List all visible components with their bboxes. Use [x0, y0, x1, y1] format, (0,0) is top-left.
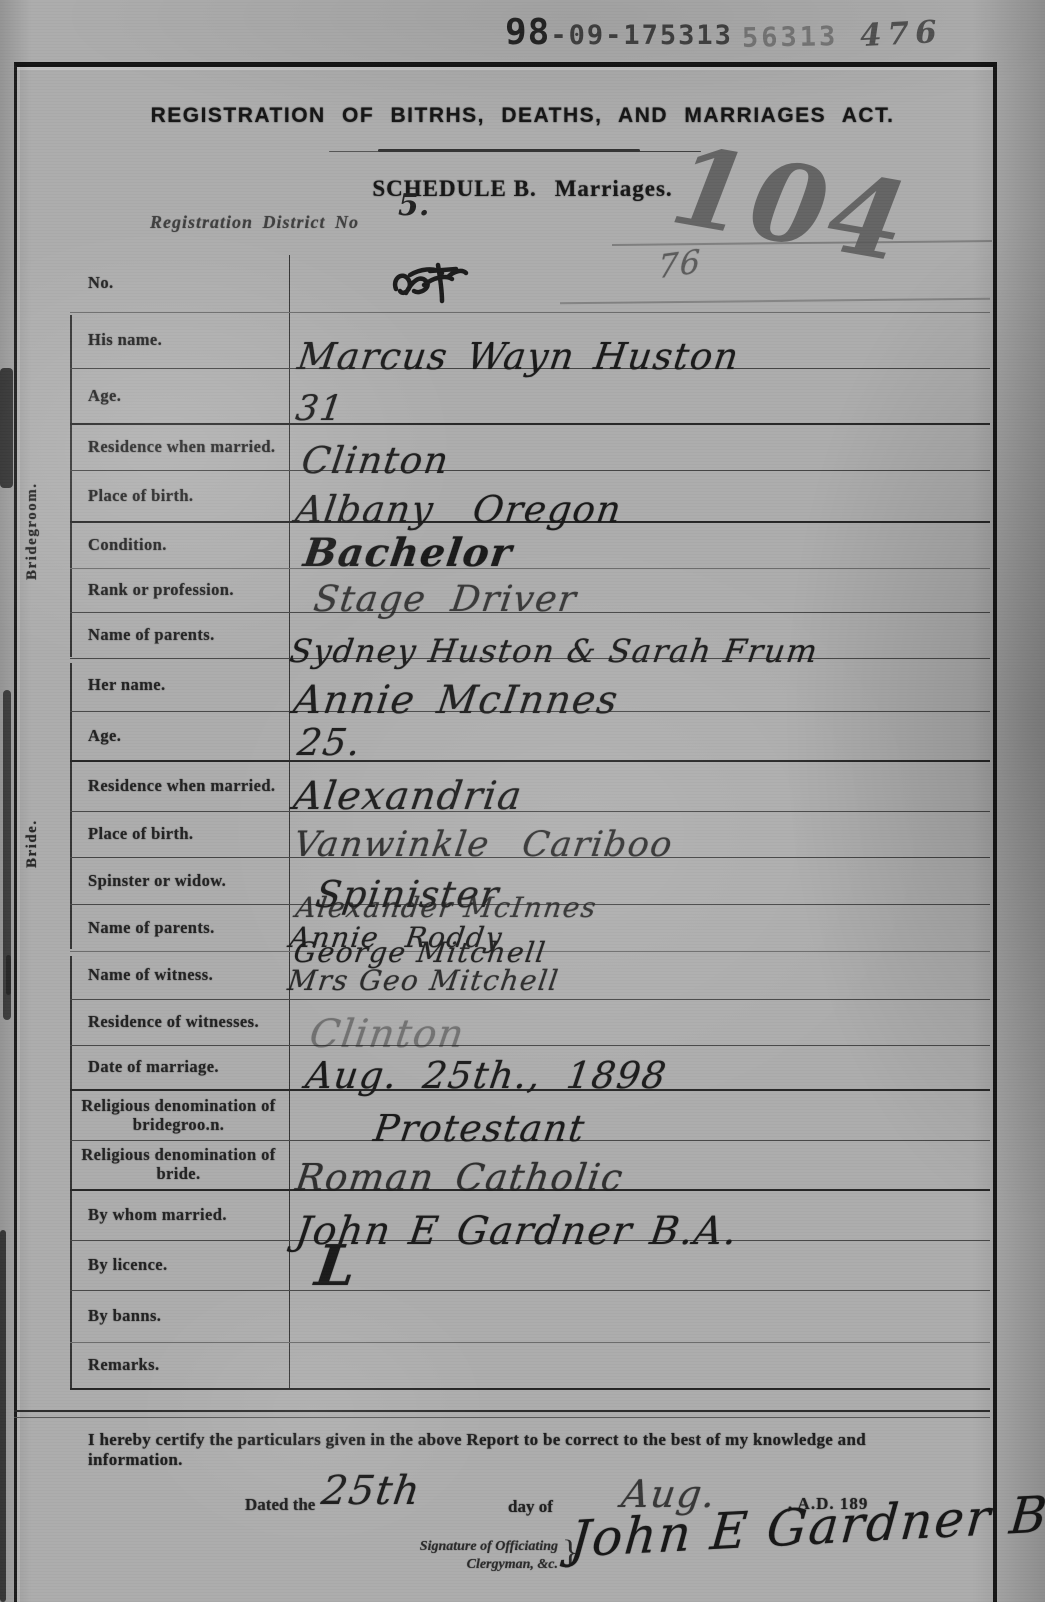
field-label: Rank or profession. — [70, 569, 290, 612]
field-label: Spinster or widow. — [70, 858, 290, 904]
field-value: 76 — [658, 242, 703, 287]
field-value-cell — [290, 1291, 990, 1342]
field-value: Roman Catholic — [293, 1156, 627, 1199]
field-value-cell: Bachelor — [290, 523, 990, 568]
field-value: Annie McInnes — [291, 678, 622, 723]
field-label: Age. — [70, 369, 290, 423]
table-row: Residence of witnesses. Clinton — [70, 1000, 990, 1046]
date-stamp: 98-09-175313 — [505, 12, 733, 53]
table-row: Residence when married. Clinton — [70, 425, 990, 471]
field-label: Religious denomination of bridegroo.n. — [70, 1091, 290, 1140]
field-value-cell: Clinton — [290, 1000, 990, 1045]
title-divider-rule — [378, 149, 640, 152]
field-value-cell: Clinton — [290, 425, 990, 470]
field-value-cell: 76 — [290, 255, 990, 312]
scan-artifact — [6, 955, 11, 995]
signature-caption-line2: Clergyman, &c. — [467, 1557, 558, 1572]
handwritten-district-number: 5. — [398, 188, 429, 223]
field-label: Name of parents. — [70, 613, 290, 658]
side-label-bride: Bride. — [24, 748, 41, 868]
registration-district-label: Registration District No — [150, 212, 359, 233]
field-label: Residence when married. — [70, 762, 290, 811]
table-row: No. 76 — [70, 255, 990, 313]
schedule-type: Marriages. — [555, 176, 673, 201]
registration-table: No. 76 His name. Marcus Wayn Huston Age.… — [70, 255, 990, 1390]
field-label: Date of marriage. — [70, 1046, 290, 1089]
scanned-document-page: 98-09-175313 56313 476 REGISTRATION OF B… — [0, 0, 1045, 1602]
table-row: Place of birth. Vanwinkle Cariboo — [70, 812, 990, 858]
field-value: Bachelor — [301, 530, 516, 576]
field-value: Vanwinkle Cariboo — [291, 825, 676, 865]
table-row: Residence when married. Alexandria — [70, 762, 990, 812]
signature-caption-line1: Signature of Officiating — [420, 1539, 558, 1554]
table-row: Rank or profession. Stage Driver — [70, 569, 990, 613]
field-value: Aug. 25th., 1898 — [303, 1054, 670, 1097]
field-value-cell: Marcus Wayn Huston — [290, 313, 990, 368]
field-value: Sydney Huston & Sarah Frum — [287, 632, 821, 670]
field-value: Stage Driver — [311, 579, 580, 620]
handwritten-day: 25th — [319, 1468, 424, 1514]
field-value: Clinton — [307, 1012, 468, 1057]
field-value: Alexandria — [291, 774, 526, 819]
table-row: His name. Marcus Wayn Huston — [70, 313, 990, 369]
field-label: By whom married. — [70, 1191, 290, 1240]
table-row: Date of marriage. Aug. 25th., 1898 — [70, 1046, 990, 1091]
stamp-serial-rest: -09-175313 — [550, 20, 733, 51]
registration-number-stamp: 56313 — [742, 21, 839, 54]
schedule-label: SCHEDULE B. — [372, 176, 536, 201]
day-of-label: day of — [508, 1497, 553, 1517]
table-row: Place of birth. Albany Oregon — [70, 471, 990, 523]
field-value-cell: Alexandria — [290, 762, 990, 811]
field-label: Her name. — [70, 659, 290, 711]
field-label: Place of birth. — [70, 471, 290, 521]
table-row: Name of witness. George Mitchell Mrs Geo… — [70, 952, 990, 1000]
field-label: By licence. — [70, 1241, 290, 1290]
field-value-cell — [290, 1343, 990, 1388]
table-row: Religious denomination of bridegroo.n. P… — [70, 1091, 990, 1141]
field-label: Name of parents. — [70, 905, 290, 951]
field-value: L — [311, 1233, 361, 1299]
field-label: Residence when married. — [70, 425, 290, 470]
stamp-year: 98 — [505, 12, 550, 53]
field-value: 31 — [293, 389, 346, 429]
field-value-cell: Protestant — [290, 1091, 990, 1140]
side-label-bridegroom: Bridegroom. — [24, 400, 41, 580]
dated-label: Dated the — [245, 1495, 315, 1515]
scan-artifact — [0, 368, 13, 488]
field-label: Residence of witnesses. — [70, 1000, 290, 1045]
signature-caption: Signature of Officiating Clergyman, &c. — [408, 1538, 558, 1574]
field-value: Albany Oregon — [293, 488, 625, 531]
handwritten-page-number: 476 — [859, 14, 943, 54]
field-label: No. — [70, 255, 290, 312]
certification-text: I hereby certify the particulars given i… — [88, 1430, 878, 1470]
field-label: Place of birth. — [70, 812, 290, 857]
table-row: Remarks. — [70, 1343, 990, 1390]
field-value: John E Gardner B.A. — [293, 1209, 741, 1254]
field-value: Clinton — [299, 439, 452, 482]
form-title: REGISTRATION OF BITRHS, DEATHS, AND MARR… — [0, 104, 1045, 128]
field-label: By banns. — [70, 1291, 290, 1342]
scan-artifact — [0, 1230, 6, 1602]
field-value-cell: George Mitchell Mrs Geo Mitchell — [290, 952, 990, 999]
field-value: Protestant — [371, 1107, 588, 1150]
field-value: Alexander McInnes — [294, 891, 600, 924]
field-value: Marcus Wayn Huston — [295, 335, 742, 378]
ink-scribble — [390, 257, 478, 315]
field-value-line2: Mrs Geo Mitchell — [286, 964, 562, 997]
table-bottom-rule — [14, 1410, 990, 1418]
field-label: Remarks. — [70, 1343, 290, 1388]
field-label: His name. — [70, 313, 290, 368]
table-row: By banns. — [70, 1291, 990, 1343]
field-value: 25. — [295, 721, 364, 764]
field-label: Age. — [70, 712, 290, 760]
field-label: Name of witness. — [70, 952, 290, 999]
field-label: Religious denomination of bride. — [70, 1141, 290, 1189]
field-label: Condition. — [70, 523, 290, 568]
